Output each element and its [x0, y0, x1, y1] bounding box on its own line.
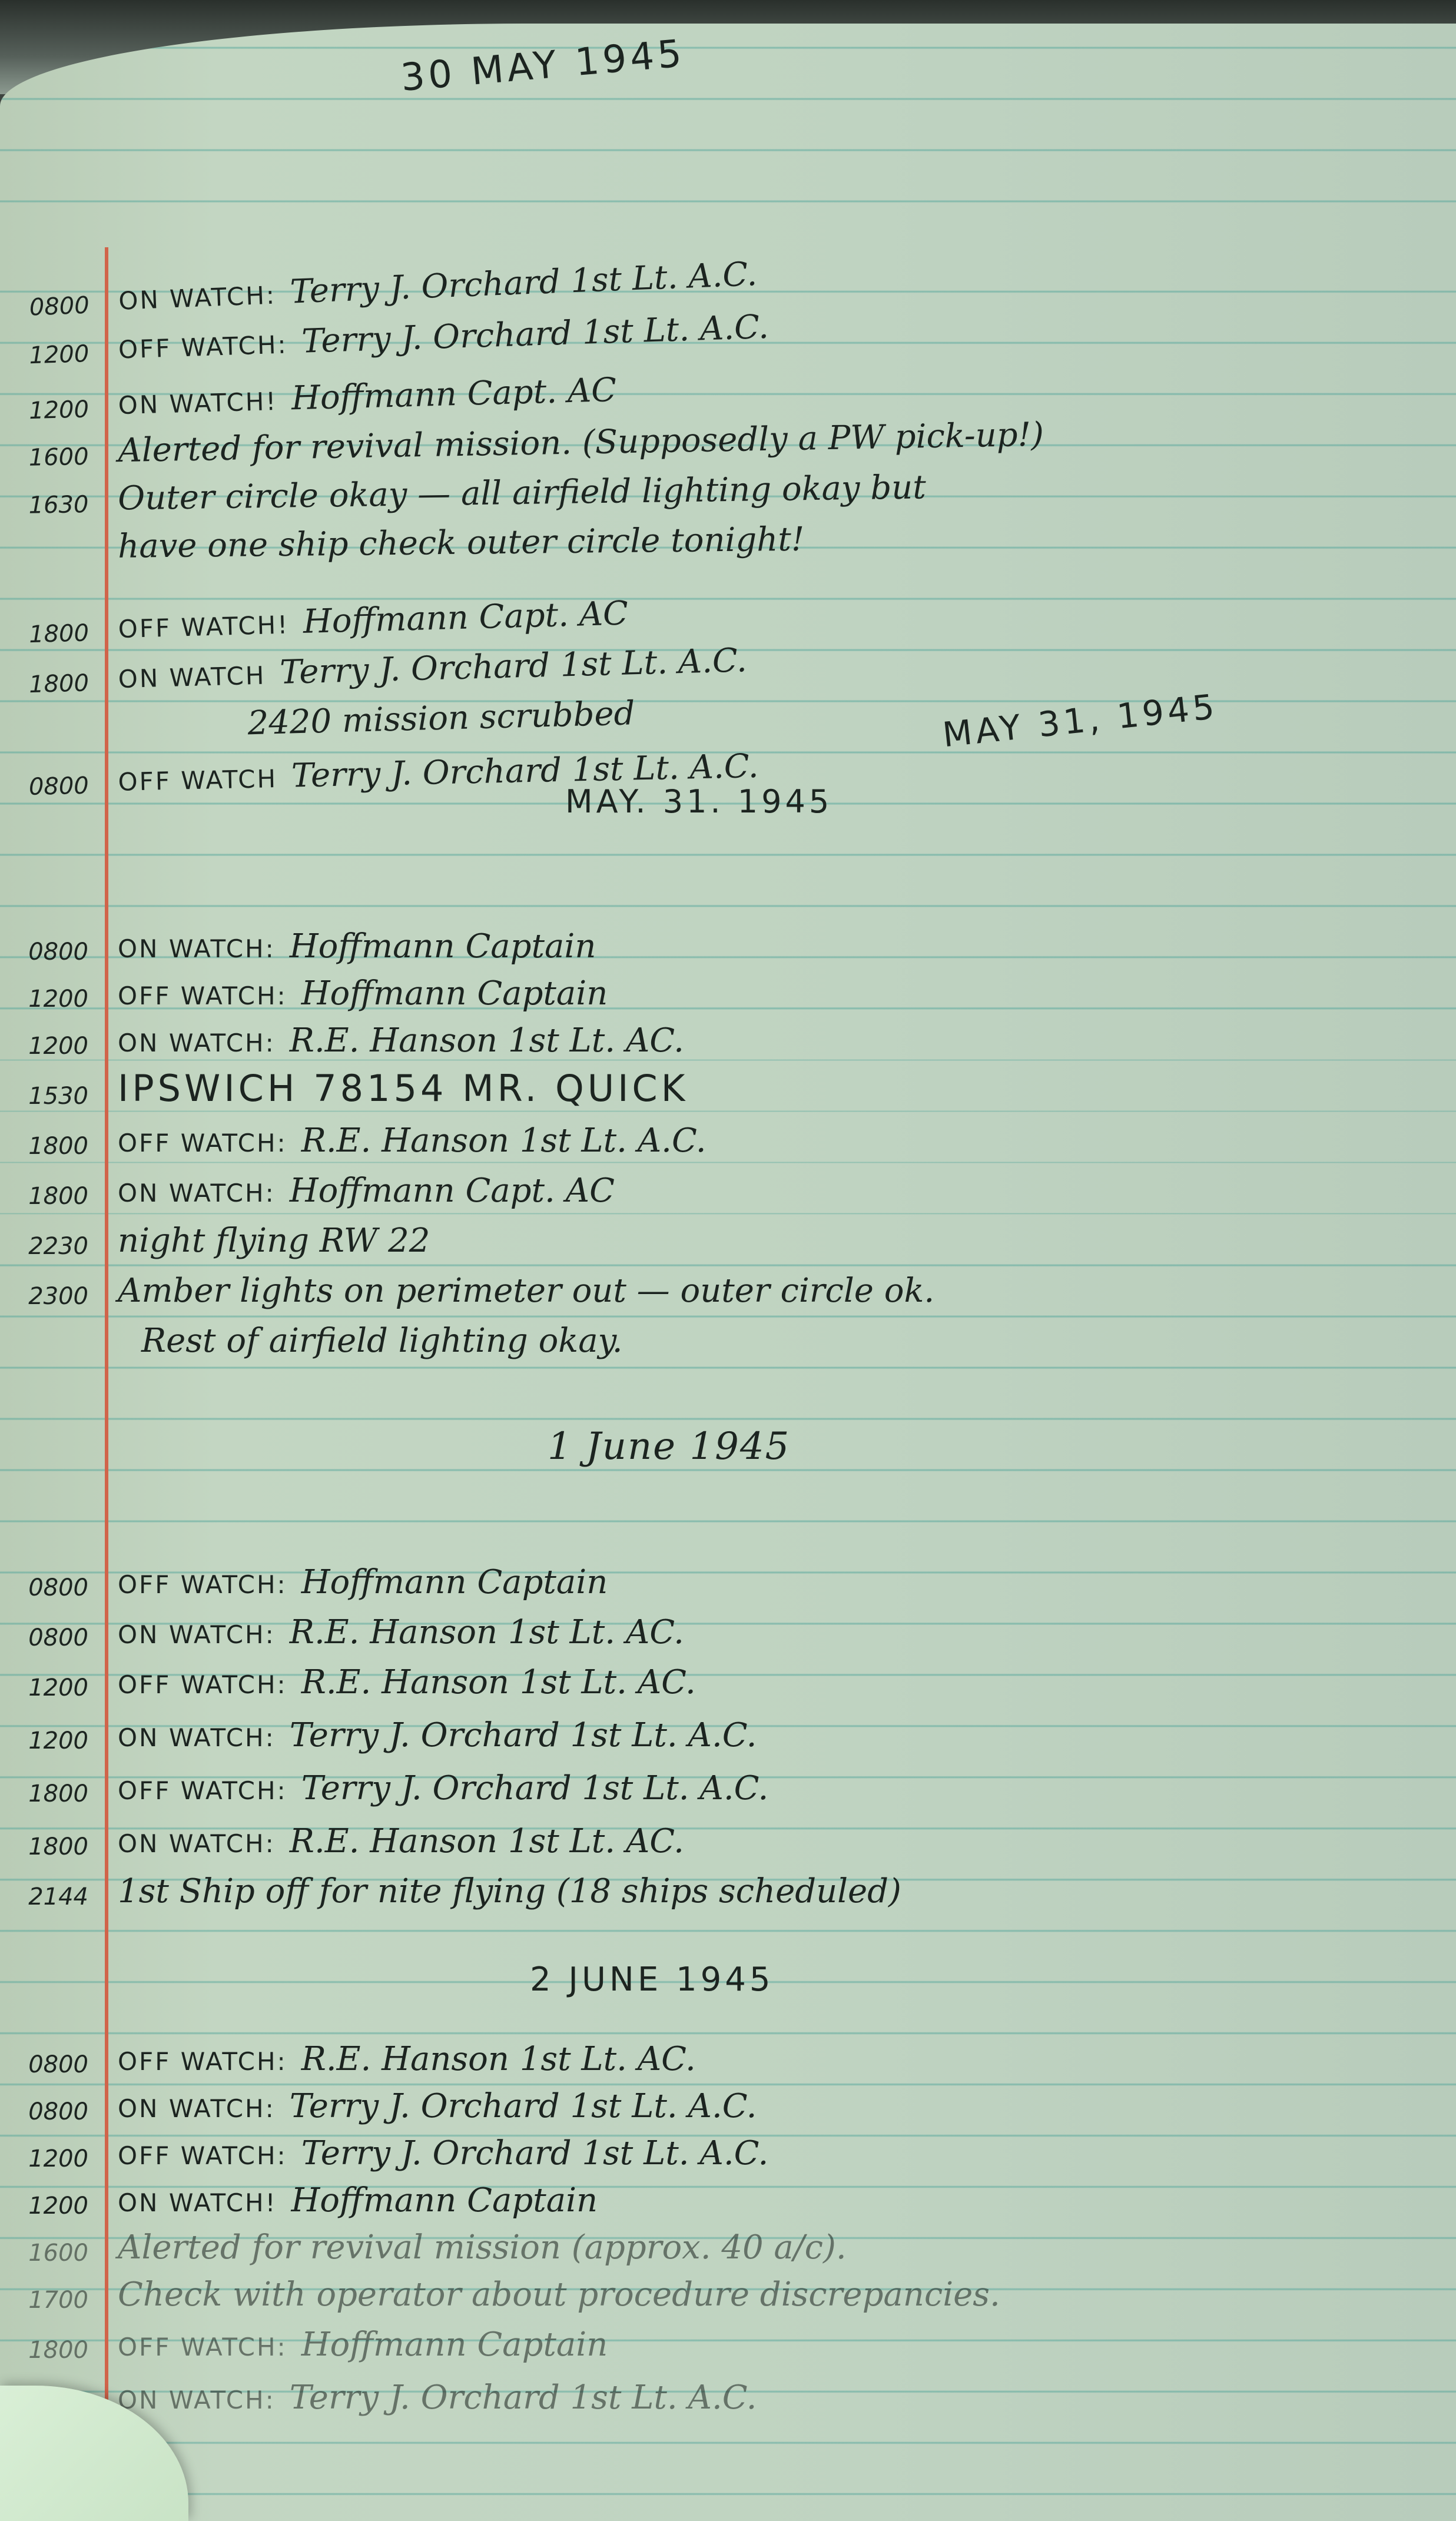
entry-time: 0800: [0, 1574, 100, 1601]
log-entry: 0800 ON WATCH:R.E. Hanson 1st Lt. AC.: [0, 1598, 1456, 1651]
entry-text: Rest of airfield lighting okay.: [100, 1322, 623, 1360]
log-entry: 1800 ON WATCH:Terry J. Orchard 1st Lt. A…: [0, 2364, 1456, 2417]
entry-time: 1200: [0, 1727, 100, 1754]
log-entry: 1700 Check with operator about procedure…: [0, 2261, 1456, 2314]
entry-text: R.E. Hanson 1st Lt. AC.: [301, 1663, 696, 1701]
entry-label: OFF WATCH:: [118, 330, 288, 364]
entry-label: ON WATCH:: [118, 1029, 276, 1057]
entry-label: OFF WATCH:: [118, 2047, 287, 2076]
entry-text: Terry J. Orchard 1st Lt. A.C.: [290, 2379, 757, 2417]
entry-time: 1800: [0, 1133, 100, 1160]
log-entry: 1200 ON WATCH:R.E. Hanson 1st Lt. AC.: [0, 1007, 1456, 1060]
log-entry: 1800 OFF WATCH:R.E. Hanson 1st Lt. A.C.: [0, 1107, 1456, 1160]
entry-label: OFF WATCH:: [118, 1129, 287, 1157]
entry-text: night flying RW 22: [100, 1222, 430, 1260]
entry-text: R.E. Hanson 1st Lt. AC.: [290, 1021, 684, 1060]
log-entry: 0800 ON WATCH:Hoffmann Captain: [0, 913, 1456, 966]
entry-label: OFF WATCH:: [118, 1776, 287, 1805]
log-entry: 1530 IPSWICH 78154 MR. QUICK: [0, 1057, 1456, 1110]
entry-label: OFF WATCH:: [118, 981, 287, 1010]
entry-label: ON WATCH:: [118, 1829, 276, 1858]
entry-text: R.E. Hanson 1st Lt. AC.: [290, 1613, 684, 1651]
log-entry: 0800 OFF WATCH:R.E. Hanson 1st Lt. AC.: [0, 2025, 1456, 2078]
entry-time: 1700: [0, 2287, 100, 2314]
log-entry: 0800 ON WATCH:Terry J. Orchard 1st Lt. A…: [0, 2072, 1456, 2125]
entry-label: ON WATCH:: [118, 1723, 276, 1752]
entry-label: ON WATCH:: [118, 1620, 276, 1649]
entry-time: 1800: [0, 1183, 100, 1210]
entry-label: OFF WATCH: [118, 764, 277, 797]
log-entry: 1600 Alerted for revival mission (approx…: [0, 2214, 1456, 2267]
entry-time: 1800: [0, 2337, 100, 2364]
entry-time: 1200: [0, 1033, 100, 1060]
entry-label: ON WATCH!: [118, 2188, 277, 2217]
log-entry: 1800 OFF WATCH:Terry J. Orchard 1st Lt. …: [0, 1754, 1456, 1807]
log-entry: 1200 ON WATCH:Terry J. Orchard 1st Lt. A…: [0, 1701, 1456, 1754]
entry-time: 1800: [0, 1780, 100, 1807]
date-heading-1-june: 1 June 1945: [548, 1425, 790, 1468]
ledger-page: 30 MAY 1945 MAY 31, 1945 MAY. 31. 1945 1…: [0, 24, 1456, 2521]
log-entry: Rest of airfield lighting okay.: [0, 1307, 1456, 1360]
log-entry: 1800 OFF WATCH:Hoffmann Captain: [0, 2311, 1456, 2364]
log-entry: 2144 1st Ship off for nite flying (18 sh…: [0, 1857, 1456, 1910]
entry-time: 1200: [0, 1674, 100, 1701]
entry-text: R.E. Hanson 1st Lt. A.C.: [301, 1122, 707, 1160]
entry-time: 0800: [0, 1624, 100, 1651]
entry-text: Hoffmann Capt. AC: [290, 1172, 615, 1210]
log-entry: 2230 night flying RW 22: [0, 1207, 1456, 1260]
entry-text: Terry J. Orchard 1st Lt. A.C.: [301, 1769, 769, 1807]
entry-label: ON WATCH:: [118, 2386, 276, 2414]
log-entry: 1200 OFF WATCH:Hoffmann Captain: [0, 960, 1456, 1013]
log-entry: 1200 ON WATCH!Hoffmann Captain: [0, 2167, 1456, 2220]
entry-text: Hoffmann Captain: [301, 1563, 608, 1601]
log-entry: 1200 OFF WATCH:Terry J. Orchard 1st Lt. …: [0, 2119, 1456, 2172]
entry-label: OFF WATCH:: [118, 1570, 287, 1599]
entry-time: 1800: [0, 1833, 100, 1860]
entry-label: OFF WATCH:: [118, 1670, 287, 1699]
entry-label: ON WATCH:: [118, 2094, 276, 2123]
date-heading-may-31-b: MAY. 31. 1945: [565, 783, 833, 820]
entry-label: ON WATCH:: [118, 1179, 276, 1208]
entry-time: 2300: [0, 1283, 100, 1310]
entry-text: Terry J. Orchard 1st Lt. A.C.: [290, 1716, 757, 1754]
log-entry: 0800 OFF WATCH:Hoffmann Captain: [0, 1548, 1456, 1601]
entry-label: ON WATCH:: [118, 934, 276, 963]
date-heading-2-june: 2 JUNE 1945: [530, 1961, 774, 1999]
log-entry: 1800 ON WATCH:R.E. Hanson 1st Lt. AC.: [0, 1807, 1456, 1860]
entry-time: 1200: [1, 340, 101, 370]
entry-text: IPSWICH 78154 MR. QUICK: [100, 1067, 688, 1110]
entry-text: 1st Ship off for nite flying (18 ships s…: [100, 1872, 901, 1910]
entry-label: OFF WATCH:: [118, 2141, 287, 2170]
entry-label: OFF WATCH:: [118, 2333, 287, 2361]
entry-text: Amber lights on perimeter out — outer ci…: [100, 1272, 934, 1310]
entry-time: 0800: [0, 772, 101, 801]
entry-label: ON WATCH: [118, 661, 266, 694]
entry-text: R.E. Hanson 1st Lt. AC.: [290, 1822, 684, 1860]
entry-text: Check with operator about procedure disc…: [100, 2275, 1000, 2314]
entry-text: Hoffmann Captain: [301, 2326, 608, 2364]
entry-time: 2144: [0, 1883, 100, 1910]
entry-time: 2230: [0, 1233, 100, 1260]
entry-time: 1530: [0, 1083, 100, 1110]
log-entry: 2300 Amber lights on perimeter out — out…: [0, 1257, 1456, 1310]
entry-text: have one ship check outer circle tonight…: [100, 520, 805, 566]
log-entry: 1800 ON WATCH:Hoffmann Capt. AC: [0, 1157, 1456, 1210]
log-entry: 1200 OFF WATCH:R.E. Hanson 1st Lt. AC.: [0, 1648, 1456, 1701]
